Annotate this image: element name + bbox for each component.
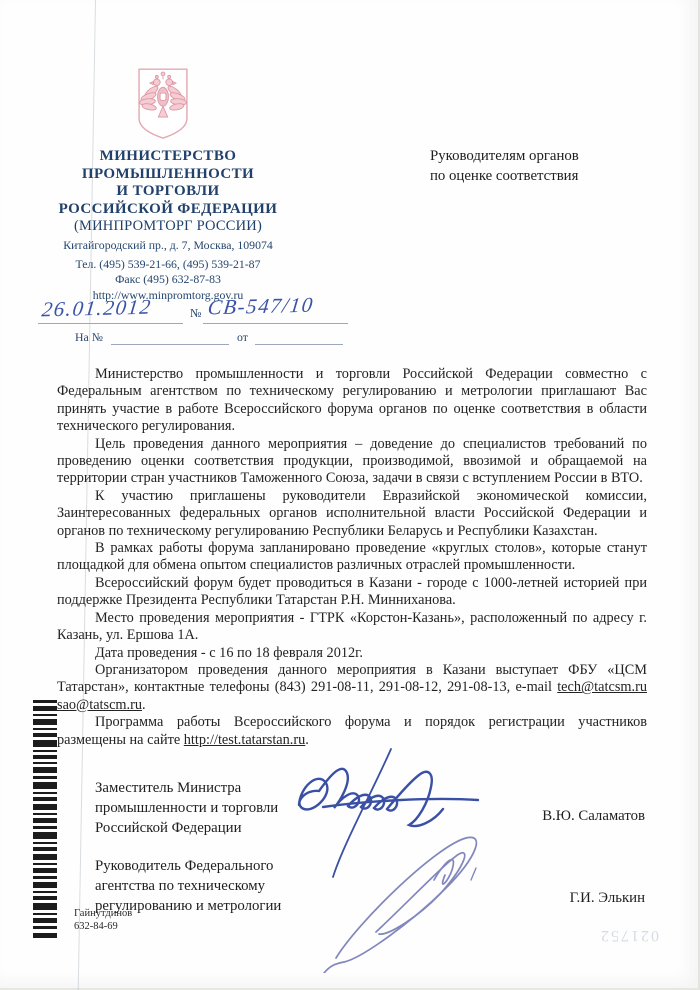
faint-page-number: 021752 xyxy=(584,926,674,944)
signer-title-deputy-minister: Заместитель Министра промышленности и то… xyxy=(95,778,355,838)
paragraph: Министерство промышленности и торговли Р… xyxy=(57,366,647,436)
paragraph: К участию приглашены руководители Еврази… xyxy=(57,488,647,540)
handwritten-number: СВ-547/10 xyxy=(206,293,315,321)
addressee-block: Руководителям органов по оценке соответс… xyxy=(430,146,660,186)
number-underline xyxy=(203,323,348,324)
title-line: агентства по техническому xyxy=(95,876,355,896)
paragraph: Дата проведения - с 16 по 18 февраля 201… xyxy=(57,645,647,662)
paragraph-organizer: Организатором проведения данного меропри… xyxy=(57,662,647,714)
email-link-sao[interactable]: sao@tatscm.ru xyxy=(57,697,142,713)
org-name-block: МИНИСТЕРСТВО ПРОМЫШЛЕННОСТИ И ТОРГОВЛИ Р… xyxy=(28,148,308,236)
title-line: Российской Федерации xyxy=(95,818,355,838)
letter-body: Министерство промышленности и торговли Р… xyxy=(57,366,647,749)
number-sign: № xyxy=(190,306,201,321)
org-name-line: МИНИСТЕРСТВО xyxy=(28,148,308,166)
paragraph-text: Программа работы Всероссийского форума и… xyxy=(57,714,647,747)
title-line: Руководитель Федерального xyxy=(95,856,355,876)
addressee-line: по оценке соответствия xyxy=(430,166,660,186)
paragraph-text: . xyxy=(305,732,309,748)
title-line: промышленности и торговли xyxy=(95,798,355,818)
org-short-name: (МИНПРОМТОРГ РОССИИ) xyxy=(28,218,308,236)
barcode xyxy=(33,700,57,938)
org-fax: Факс (495) 632-87-83 xyxy=(18,272,318,288)
paragraph-program: Программа работы Всероссийского форума и… xyxy=(57,714,647,749)
handwritten-date: 26.01.2012 xyxy=(40,295,153,323)
org-name-line: РОССИЙСКОЙ ФЕДЕРАЦИИ xyxy=(28,201,308,219)
addressee-line: Руководителям органов xyxy=(430,146,660,166)
reply-date-underline xyxy=(255,344,343,345)
signer-title-agency-head: Руководитель Федерального агентства по т… xyxy=(95,856,355,916)
email-link-tatcsm[interactable]: tech@tatcsm.ru xyxy=(557,679,647,695)
signer-name-salamatov: В.Ю. Саламатов xyxy=(445,808,645,825)
reply-from-label: от xyxy=(237,330,248,345)
reply-to-label: На № xyxy=(75,330,103,344)
executor-block: Гайнутдинов 632-84-69 xyxy=(74,908,132,933)
org-name-line: И ТОРГОВЛИ xyxy=(28,183,308,201)
reply-reference-row: На № от xyxy=(75,330,375,350)
paragraph: Цель проведения данного мероприятия – до… xyxy=(57,436,647,488)
emblem-eagle-icon xyxy=(134,66,192,142)
paragraph: В рамках работы форума запланировано про… xyxy=(57,540,647,575)
title-line: регулированию и метрологии xyxy=(95,896,355,916)
title-line: Заместитель Министра xyxy=(95,778,355,798)
scanned-letter-page: МИНИСТЕРСТВО ПРОМЫШЛЕННОСТИ И ТОРГОВЛИ Р… xyxy=(0,0,700,990)
site-link-tatarstan[interactable]: http://test.tatarstan.ru xyxy=(184,732,306,748)
paragraph: Место проведения мероприятия - ГТРК «Кор… xyxy=(57,610,647,645)
org-phone: Тел. (495) 539-21-66, (495) 539-21-87 xyxy=(18,257,318,273)
paragraph: Всероссийский форум будет проводиться в … xyxy=(57,575,647,610)
org-name-line: ПРОМЫШЛЕННОСТИ xyxy=(28,166,308,184)
executor-name: Гайнутдинов xyxy=(74,908,132,921)
paragraph-text: . xyxy=(142,697,146,713)
reference-row: 26.01.2012 № СВ-547/10 xyxy=(38,296,358,326)
signer-name-elkin: Г.И. Элькин xyxy=(445,890,645,907)
org-address: Китайгородский пр., д. 7, Москва, 109074 xyxy=(18,238,318,254)
reply-number-underline xyxy=(111,344,229,345)
executor-phone: 632-84-69 xyxy=(74,921,132,934)
date-underline xyxy=(38,323,183,324)
